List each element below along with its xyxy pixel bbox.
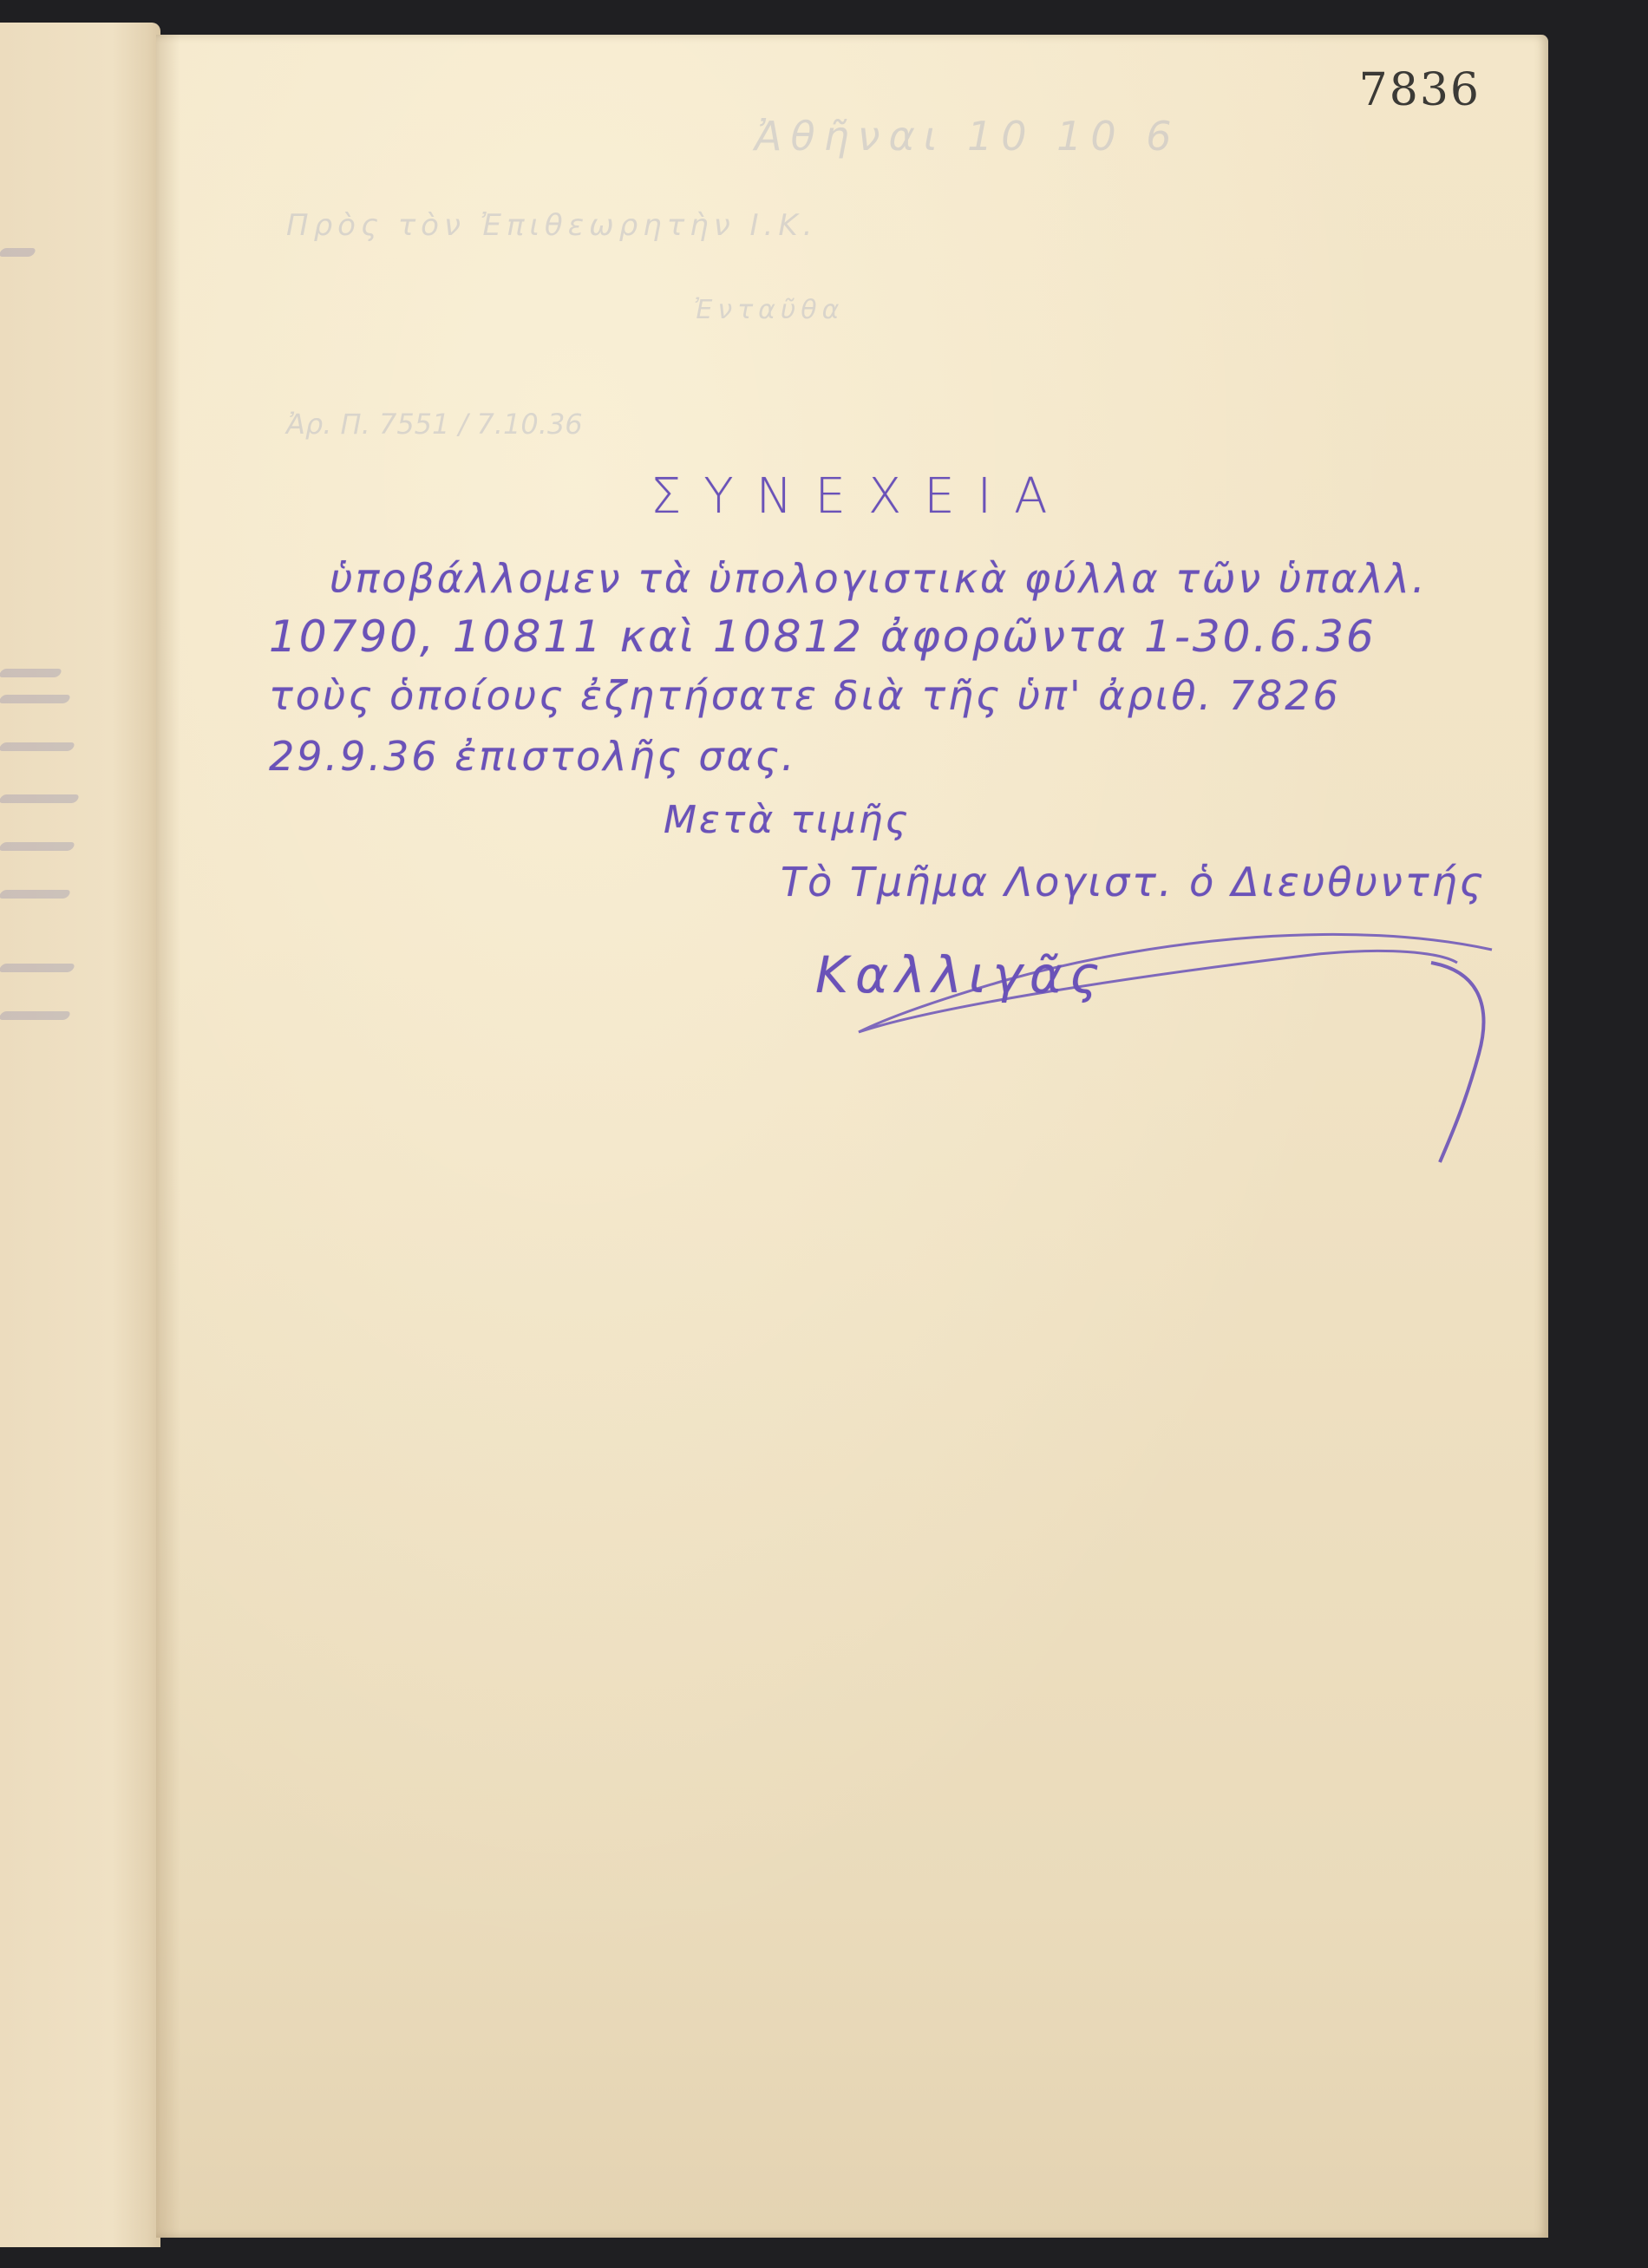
- faint-ink-fragment: [0, 248, 36, 257]
- body-line: τοὺς ὁποίους ἐζητήσατε διὰ τῆς ὑπ' ἀριθ.…: [269, 672, 1341, 719]
- document-heading: ΣΥΝΕΧΕΙΑ: [651, 468, 1069, 525]
- faint-ink-fragment: [0, 695, 71, 703]
- bleed-through-reference: Ἀρ. Π. 7551 / 7.10.36: [286, 408, 583, 441]
- faint-ink-fragment: [0, 964, 75, 972]
- bleed-through-subject: Ἐνταῦθα: [694, 295, 844, 325]
- faint-ink-fragment: [0, 794, 80, 803]
- faint-ink-fragment: [0, 669, 62, 677]
- body-line: 29.9.36 ἐπιστολῆς σας.: [269, 733, 796, 780]
- body-line: 10790, 10811 καὶ 10812 ἀφορῶντα 1-30.6.3…: [269, 611, 1377, 662]
- document-page: 7836 Ἀθῆναι 10 10 6 Πρὸς τὸν Ἐπιθεωρητὴν…: [156, 35, 1548, 2238]
- closing-phrase: Μετὰ τιμῆς: [664, 798, 910, 842]
- bleed-through-date: Ἀθῆναι 10 10 6: [755, 113, 1180, 160]
- signature-flourish-icon: [833, 902, 1527, 1180]
- faint-ink-fragment: [0, 890, 71, 899]
- bleed-through-addressee: Πρὸς τὸν Ἐπιθεωρητὴν Ι.Κ.: [286, 208, 817, 243]
- faint-ink-fragment: [0, 1011, 71, 1020]
- body-line: ὑποβάλλομεν τὰ ὑπολογιστικὰ φύλλα τῶν ὑπ…: [330, 555, 1427, 602]
- signer-title: Τὸ Τμῆμα Λογιστ. ὁ Διευθυντής: [781, 859, 1486, 905]
- faint-ink-fragment: [0, 842, 75, 851]
- folio-number: 7836: [1359, 64, 1481, 116]
- underlying-page-edge: [0, 23, 160, 2247]
- faint-ink-fragment: [0, 742, 75, 751]
